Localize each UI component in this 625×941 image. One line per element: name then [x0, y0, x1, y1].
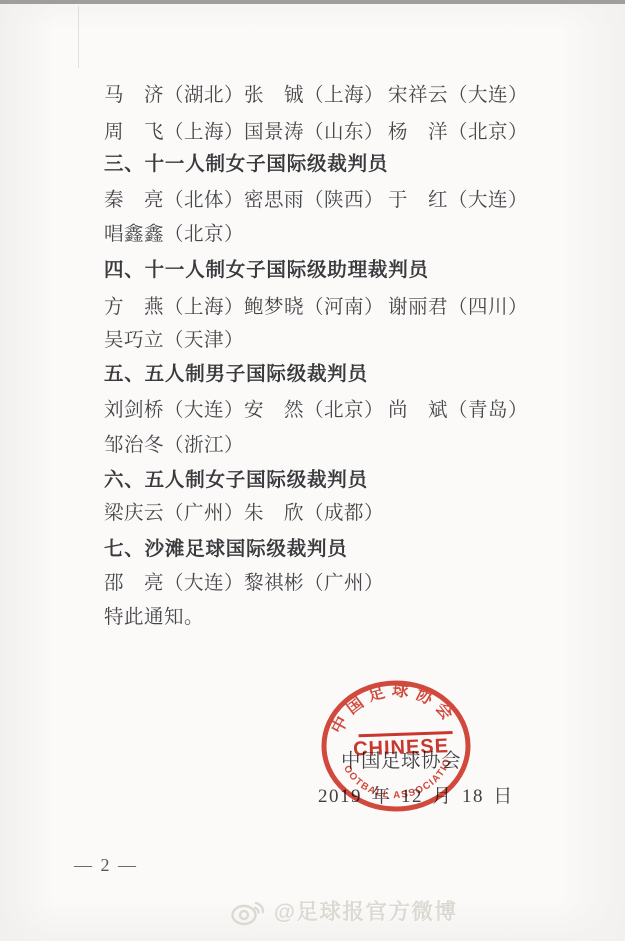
referee-name: 秦 亮（北体） [104, 189, 244, 213]
referee-name: 刘剑桥（大连） [104, 399, 244, 423]
name-row: 刘剑桥（大连） 安 然（北京） 尚 斌（青岛） [0, 399, 625, 425]
scan-top-edge [0, 0, 625, 4]
referee-name: 朱 欣（成都） [244, 502, 384, 526]
referee-name: 周 飞（上海） [104, 121, 244, 145]
name-row: 吴巧立（天津） [0, 329, 625, 355]
name-row: 邵 亮（大连） 黎祺彬（广州） [0, 572, 625, 598]
official-seal: 中国足球协会 FOOTBALL ASSOCIATION CHINESE [318, 676, 474, 816]
referee-name: 马 济（湖北） [104, 84, 244, 108]
scan-crease [78, 6, 79, 68]
referee-name: 黎祺彬（广州） [244, 572, 384, 596]
referee-name: 杨 洋（北京） [388, 121, 528, 145]
referee-name: 于 红（大连） [388, 189, 528, 213]
seal-center-text: CHINESE [353, 735, 450, 760]
section-heading: 五、五人制男子国际级裁判员 [104, 362, 368, 386]
referee-name: 国景涛（山东） [244, 121, 384, 145]
referee-name: 唱鑫鑫（北京） [104, 223, 244, 247]
watermark: @足球报官方微博 [230, 893, 457, 927]
referee-name: 宋祥云（大连） [388, 84, 528, 108]
referee-name: 方 燕（上海） [104, 296, 244, 320]
referee-name: 吴巧立（天津） [104, 329, 244, 353]
referee-name: 邹治冬（浙江） [104, 434, 244, 458]
referee-name: 张 铖（上海） [244, 84, 384, 108]
name-row: 方 燕（上海） 鲍梦晓（河南） 谢丽君（四川） [0, 296, 625, 322]
section-heading: 四、十一人制女子国际级助理裁判员 [104, 258, 429, 282]
name-row: 唱鑫鑫（北京） [0, 223, 625, 249]
referee-name: 鲍梦晓（河南） [244, 296, 384, 320]
weibo-icon [230, 893, 268, 927]
page-number: — 2 — [74, 855, 138, 876]
name-row: 邹治冬（浙江） [0, 434, 625, 460]
watermark-text: @足球报官方微博 [274, 895, 457, 926]
section-heading: 七、沙滩足球国际级裁判员 [104, 537, 348, 561]
scanned-notice-page: 马 济（湖北） 张 铖（上海） 宋祥云（大连） 周 飞（上海） 国景涛（山东） … [0, 0, 625, 941]
referee-name: 安 然（北京） [244, 399, 384, 423]
name-row: 周 飞（上海） 国景涛（山东） 杨 洋（北京） [0, 121, 625, 147]
section-heading: 三、十一人制女子国际级裁判员 [104, 152, 388, 176]
referee-name: 尚 斌（青岛） [388, 399, 528, 423]
referee-name: 谢丽君（四川） [388, 296, 528, 320]
name-row: 马 济（湖北） 张 铖（上海） 宋祥云（大连） [0, 84, 625, 110]
referee-name: 邵 亮（大连） [104, 572, 244, 596]
referee-name: 密思雨（陕西） [244, 189, 384, 213]
closing-text: 特此通知。 [104, 606, 204, 630]
section-heading: 六、五人制女子国际级裁判员 [104, 468, 368, 492]
name-row: 秦 亮（北体） 密思雨（陕西） 于 红（大连） [0, 189, 625, 215]
name-row: 梁庆云（广州） 朱 欣（成都） [0, 502, 625, 528]
referee-name: 梁庆云（广州） [104, 502, 244, 526]
